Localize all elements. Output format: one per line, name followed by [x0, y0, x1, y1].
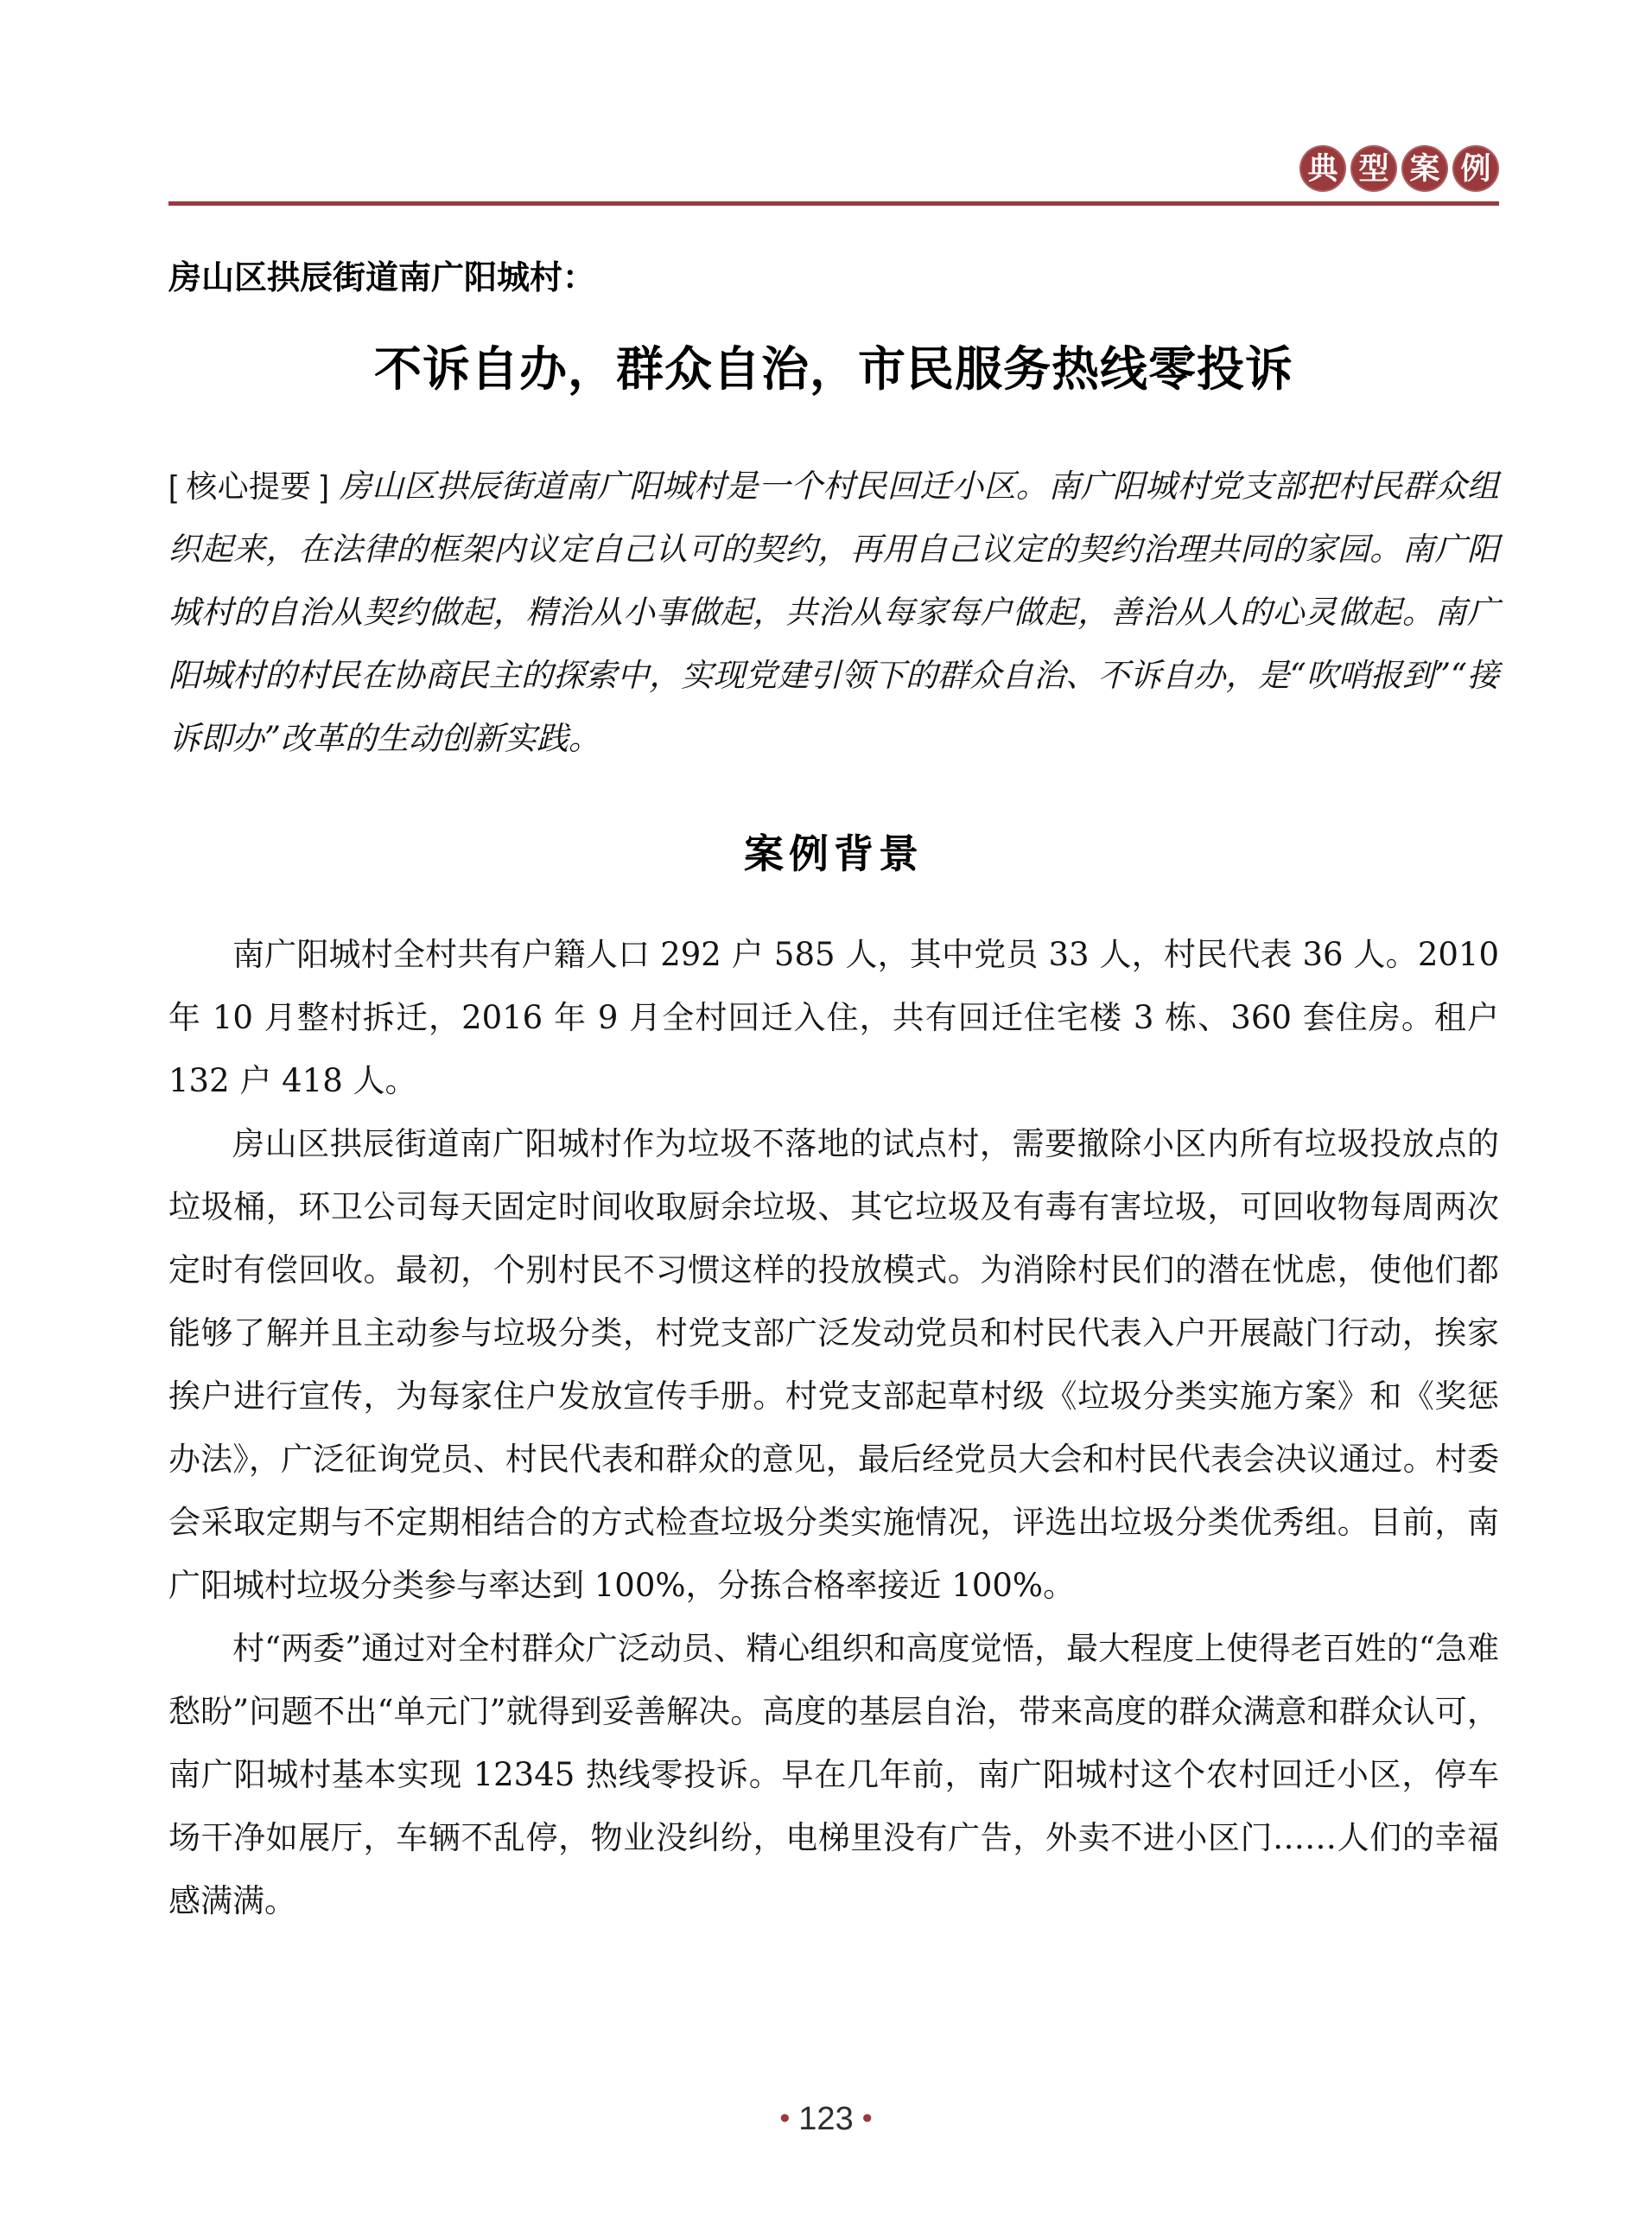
- page-number-dot-icon: •: [779, 2103, 790, 2133]
- abstract: [ 核心提要 ] 房山区拱辰街道南广阳城村是一个村民回迁小区。南广阳城村党支部把…: [168, 455, 1499, 770]
- article-body: 南广阳城村全村共有户籍人口 292 户 585 人，其中党员 33 人，村民代表…: [168, 923, 1499, 1932]
- section-title: 案例背景: [168, 830, 1499, 878]
- document-page: 典 型 案 例 房山区拱辰街道南广阳城村： 不诉自办，群众自治，市民服务热线零投…: [0, 0, 1652, 2240]
- page-number: • 123 •: [0, 2101, 1652, 2138]
- body-paragraph: 村“两委”通过对全村群众广泛动员、精心组织和高度觉悟，最大程度上使得老百姓的“急…: [168, 1617, 1499, 1932]
- chapter-badge: 典 型 案 例: [168, 142, 1499, 195]
- header-divider: [168, 201, 1499, 206]
- badge-circle-icon: 型: [1350, 145, 1397, 192]
- article-kicker: 房山区拱辰街道南广阳城村：: [168, 259, 1499, 299]
- article-title: 不诉自办，群众自治，市民服务热线零投诉: [168, 340, 1499, 398]
- page-number-dot-icon: •: [862, 2103, 873, 2133]
- page-number-value: 123: [798, 2101, 853, 2138]
- abstract-label: [ 核心提要 ]: [168, 468, 329, 504]
- badge-circle-icon: 例: [1452, 145, 1499, 192]
- badge-circle-icon: 典: [1299, 145, 1346, 192]
- body-paragraph: 房山区拱辰街道南广阳城村作为垃圾不落地的试点村，需要撤除小区内所有垃圾投放点的垃…: [168, 1112, 1499, 1617]
- body-paragraph: 南广阳城村全村共有户籍人口 292 户 585 人，其中党员 33 人，村民代表…: [168, 923, 1499, 1112]
- badge-circle-icon: 案: [1401, 145, 1448, 192]
- abstract-text: 房山区拱辰街道南广阳城村是一个村民回迁小区。南广阳城村党支部把村民群众组织起来，…: [168, 468, 1499, 757]
